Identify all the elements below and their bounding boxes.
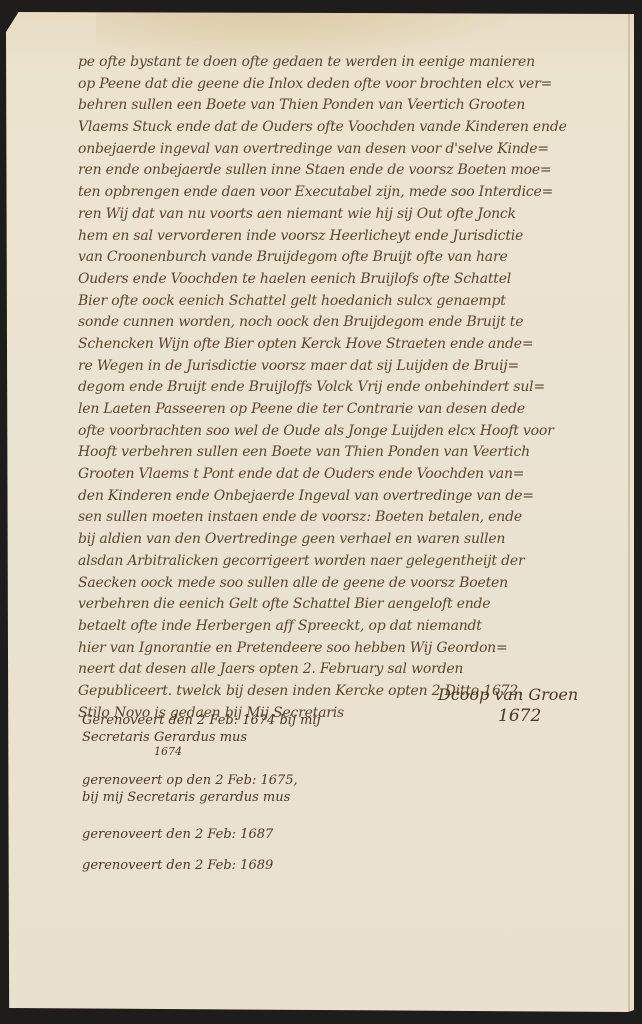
body-line: ten opbrengen ende daen voor Executabel …: [78, 182, 638, 204]
body-line: Ouders ende Voochden te haelen eenich Br…: [78, 269, 638, 291]
body-line: Saecken oock mede soo sullen alle de gee…: [78, 573, 638, 595]
body-line: re Wegen in de Jurisdictie voorsz maer d…: [78, 356, 638, 378]
renewal-note: Secretaris Gerardus mus: [82, 729, 321, 746]
body-line: Vlaems Stuck ende dat de Ouders ofte Voo…: [78, 117, 638, 139]
body-line: Hooft verbehren sullen een Boete van Thi…: [78, 442, 638, 464]
body-line: Schencken Wijn ofte Bier opten Kerck Hov…: [78, 334, 638, 356]
body-line: neert dat desen alle Jaers opten 2. Febr…: [78, 659, 638, 681]
renewal-year: 1674: [82, 746, 321, 758]
body-line: bij aldien van den Overtredinge geen ver…: [78, 529, 638, 551]
renewal-note: bij mij Secretaris gerardus mus: [82, 789, 321, 806]
body-line: pe ofte bystant te doen ofte gedaen te w…: [78, 52, 638, 74]
body-line: betaelt ofte inde Herbergen aff Spreeckt…: [78, 616, 638, 638]
body-line: behren sullen een Boete van Thien Ponden…: [78, 95, 638, 117]
body-line: den Kinderen ende Onbejaerde Ingeval van…: [78, 486, 638, 508]
body-line: hier van Ignorantie en Pretendeere soo h…: [78, 638, 638, 660]
body-line: ren ende onbejaerde sullen inne Staen en…: [78, 160, 638, 182]
body-line: op Peene dat die geene die Inlox deden o…: [78, 74, 638, 96]
manuscript-body: pe ofte bystant te doen ofte gedaen te w…: [78, 52, 638, 724]
renewal-note: gerenoveert den 2 Feb: 1687: [82, 826, 321, 843]
body-line: Bier ofte oock eenich Schattel gelt hoed…: [78, 291, 638, 313]
renewal-annotations: Gerenoveert den 2 Feb: 1674 bij mij Secr…: [82, 712, 321, 874]
renewal-note: gerenoveert den 2 Feb: 1689: [82, 857, 321, 874]
body-line: ren Wij dat van nu voorts aen niemant wi…: [78, 204, 638, 226]
body-line: hem en sal vervorderen inde voorsz Heerl…: [78, 226, 638, 248]
secretary-signature: Dcoop van Groen 1672: [438, 685, 578, 726]
body-line: sen sullen moeten instaen ende de voorsz…: [78, 507, 638, 529]
renewal-note: Gerenoveert den 2 Feb: 1674 bij mij: [82, 712, 321, 729]
body-line: len Laeten Passeeren op Peene die ter Co…: [78, 399, 638, 421]
body-line: degom ende Bruijt ende Bruijloffs Volck …: [78, 377, 638, 399]
body-line: onbejaerde ingeval van overtredinge van …: [78, 139, 638, 161]
body-line: ofte voorbrachten soo wel de Oude als Jo…: [78, 421, 638, 443]
body-line: sonde cunnen worden, noch oock den Bruij…: [78, 312, 638, 334]
signature-name: Dcoop van Groen: [438, 685, 578, 704]
body-line: verbehren die eenich Gelt ofte Schattel …: [78, 594, 638, 616]
body-line: alsdan Arbitralicken gecorrigeert worden…: [78, 551, 638, 573]
manuscript-scan: pe ofte bystant te doen ofte gedaen te w…: [0, 0, 642, 1024]
signature-year: 1672: [498, 706, 578, 726]
renewal-note: gerenoveert op den 2 Feb: 1675,: [82, 772, 321, 789]
body-line: van Croonenburch vande Bruijdegom ofte B…: [78, 247, 638, 269]
body-line: Grooten Vlaems t Pont ende dat de Ouders…: [78, 464, 638, 486]
